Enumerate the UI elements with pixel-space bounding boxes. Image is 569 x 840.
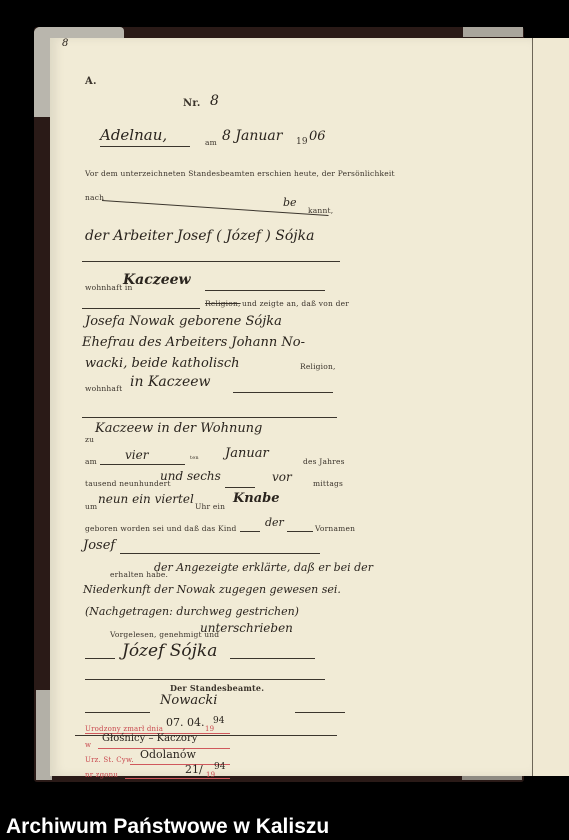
- der-line-left: [240, 531, 260, 532]
- facing-page: [532, 38, 569, 776]
- day-entry: vier: [125, 448, 148, 462]
- separator-line: [82, 417, 337, 418]
- archive-watermark: Archiwum Państwowe w Kaliszu: [6, 815, 329, 839]
- residence-line: [205, 290, 325, 291]
- section-letter: A.: [85, 76, 97, 87]
- wohnhaft-label: wohnhaft: [85, 384, 122, 393]
- am-label-2: am: [85, 457, 97, 466]
- signature-underline: [85, 679, 325, 680]
- signature-line-left: [85, 658, 115, 659]
- register-page: 8 A. Nr. 8 Adelnau, am 8 Januar 19 06 Vo…: [50, 38, 532, 776]
- month-entry: Januar: [225, 446, 269, 461]
- zeigte-label: und zeigte an, daß von der: [242, 299, 349, 308]
- declarant-line: [82, 261, 340, 262]
- standesbeamte-label: Der Standesbeamte.: [170, 683, 264, 693]
- stamp-line4-rule: [125, 778, 230, 779]
- date-entry: 8 Januar: [222, 128, 282, 144]
- official-line-right: [295, 712, 345, 713]
- vornamen-label: Vornamen: [315, 524, 355, 533]
- stamp-line1-year: 94: [213, 716, 224, 726]
- corner-reinforcement-top-right: [463, 27, 523, 37]
- vor-entry: vor: [272, 470, 292, 484]
- residence-entry: Kaczeew: [123, 272, 191, 288]
- year-words-line: [225, 487, 255, 488]
- official-line-left: [85, 712, 150, 713]
- kannt-entry: be: [283, 196, 297, 209]
- year-entry: 06: [309, 129, 326, 144]
- uhr-ein-label: Uhr ein: [195, 502, 225, 511]
- stamp-line4-label: nr zgonu: [85, 771, 118, 779]
- stamp-line1-date: 07. 04.: [166, 716, 204, 729]
- um-label: um: [85, 502, 97, 511]
- mother-line-3: wacki, beide katholisch: [85, 356, 239, 371]
- stamp-line2-place: Głośnicy – Kaczory: [102, 733, 197, 744]
- declarant-entry: der Arbeiter Josef ( Józef ) Sójka: [85, 228, 314, 244]
- place-entry: Adelnau,: [100, 126, 167, 144]
- sex-entry: Knabe: [233, 491, 280, 506]
- stamp-line2-label: w: [85, 741, 91, 749]
- official-signature: Nowacki: [160, 693, 217, 708]
- religion-label: Religion,: [300, 362, 336, 371]
- am-label: am: [205, 138, 217, 147]
- intro-text: Vor dem unterzeichneten Standesbeamten e…: [85, 169, 395, 178]
- remark-line-1: der Angezeigte erklärte, daß er bei der: [154, 561, 373, 574]
- remark-line-3: (Nachgetragen: durchweg gestrichen): [85, 605, 299, 618]
- residence-entry-2: in Kaczeew: [130, 374, 211, 390]
- religion-blank-line: [82, 308, 200, 309]
- stamp-line4-number: 21/: [185, 763, 203, 776]
- ten-label: ten: [190, 455, 199, 461]
- year-printed: 19: [296, 137, 308, 147]
- mittags-label: mittags: [313, 479, 343, 488]
- mother-line-2: Ehefrau des Arbeiters Johann No-: [82, 335, 305, 350]
- number-value: 8: [210, 93, 219, 109]
- geboren-label: geboren worden sei und daß das Kind: [85, 524, 237, 533]
- signature-line-right: [230, 658, 315, 659]
- stamp-line1-label: Urodzony zmarł dnia: [85, 725, 163, 733]
- number-label: Nr.: [183, 98, 201, 109]
- stamp-line3-office: Odolanów: [140, 748, 196, 761]
- zu-label: zu: [85, 435, 94, 444]
- stamp-line1-year-prefix: 19: [205, 725, 214, 733]
- religion-struck-label: Religion,: [205, 299, 241, 308]
- declarant-signature: Józef Sójka: [122, 641, 217, 661]
- given-name-entry: Josef: [83, 538, 115, 553]
- day-line: [100, 464, 185, 465]
- stamp-line4-year: 94: [214, 762, 225, 772]
- unterschrieben-entry: unterschrieben: [200, 621, 293, 635]
- des-jahres-label: des Jahres: [303, 457, 345, 466]
- corner-mark: 8: [62, 38, 68, 49]
- year-words-entry: und sechs: [160, 469, 221, 483]
- place-line: [100, 146, 190, 147]
- time-entry: neun ein viertel: [98, 492, 194, 506]
- der-entry: der: [265, 516, 284, 529]
- der-line-right: [287, 531, 313, 532]
- remark-line-2: Niederkunft der Nowak zugegen gewesen se…: [83, 583, 341, 596]
- kannt-label: kannt,: [308, 206, 333, 215]
- birthplace-entry: Kaczeew in der Wohnung: [95, 421, 262, 436]
- mother-line-1: Josefa Nowak geborene Sójka: [85, 314, 282, 329]
- stamp-line3-label: Urz. St. Cyw.: [85, 756, 134, 764]
- residence-line-2: [233, 392, 333, 393]
- given-name-line: [120, 553, 320, 554]
- tausend-label: tausend neunhundert: [85, 479, 171, 488]
- corner-reinforcement-left: [34, 27, 50, 117]
